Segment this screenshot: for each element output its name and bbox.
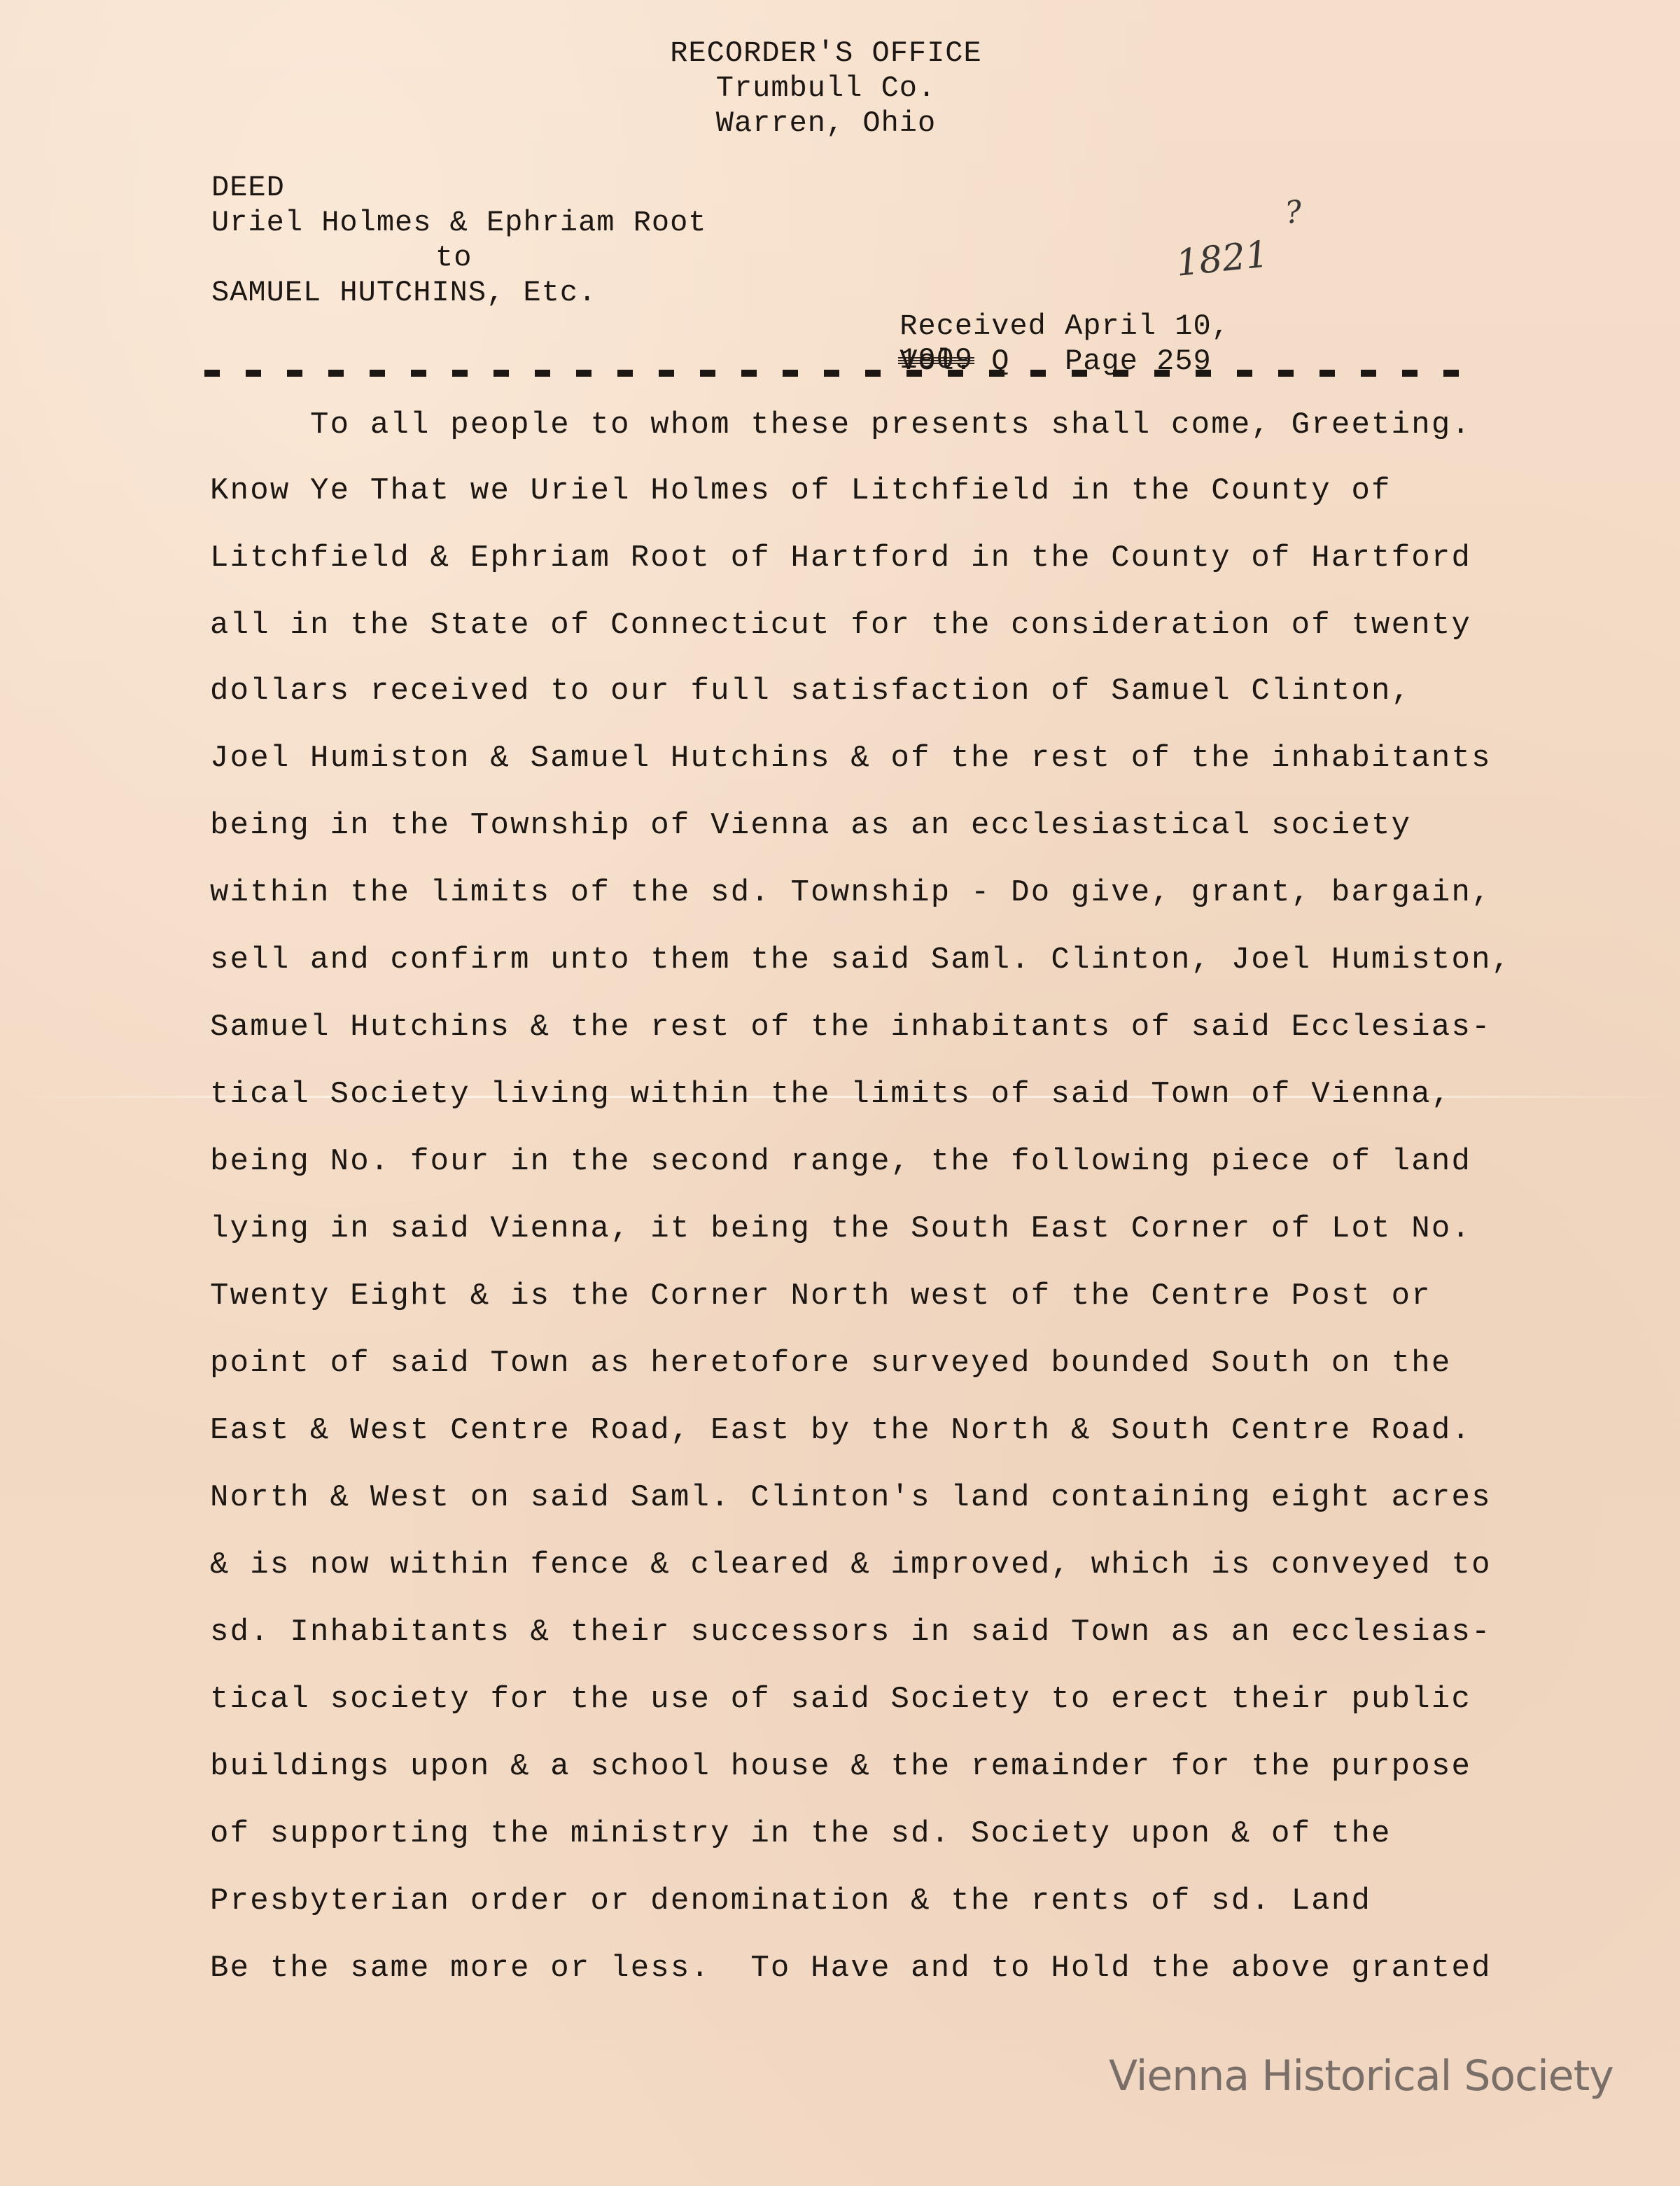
record-location: Vol. Q Page 259 [790, 311, 1212, 412]
deed-type: DEED [211, 171, 285, 204]
body-line: Know Ye That we Uriel Holmes of Litchfie… [210, 473, 1392, 508]
watermark-vienna-historical-society: Vienna Historical Society [1109, 2052, 1613, 2101]
body-line: Litchfield & Ephriam Root of Hartford in… [210, 541, 1471, 576]
body-line: of supporting the ministry in the sd. So… [210, 1816, 1392, 1851]
handwritten-question-mark: ? [1283, 194, 1303, 231]
to-label: to [435, 241, 472, 274]
city-name: Warren, Ohio [546, 106, 1106, 140]
body-line: being in the Township of Vienna as an ec… [210, 808, 1411, 843]
body-line: being No. four in the second range, the … [210, 1144, 1471, 1179]
office-title: RECORDER'S OFFICE [546, 36, 1106, 70]
body-line: all in the State of Connecticut for the … [210, 608, 1471, 643]
body-line: within the limits of the sd. Township - … [210, 875, 1492, 910]
body-line: Be the same more or less. To Have and to… [210, 1951, 1492, 1986]
county-name: Trumbull Co. [546, 71, 1106, 105]
body-line: sd. Inhabitants & their successors in sa… [210, 1615, 1492, 1650]
body-line: Presbyterian order or denomination & the… [210, 1884, 1371, 1919]
body-line: Joel Humiston & Samuel Hutchins & of the… [210, 741, 1492, 776]
body-line: sell and confirm unto them the said Saml… [210, 942, 1511, 977]
body-line: point of said Town as heretofore surveye… [210, 1346, 1451, 1381]
separator-dashed-line [204, 370, 1478, 377]
grantee: SAMUEL HUTCHINS, Etc. [211, 276, 596, 309]
body-line: East & West Centre Road, East by the Nor… [210, 1413, 1471, 1448]
handwritten-year: 1821 [1174, 233, 1270, 285]
body-line: dollars received to our full satisfactio… [210, 674, 1411, 709]
body-line: & is now within fence & cleared & improv… [210, 1547, 1492, 1582]
body-line: Twenty Eight & is the Corner North west … [210, 1279, 1431, 1314]
body-line: tical society for the use of said Societ… [210, 1682, 1471, 1717]
body-line: buildings upon & a school house & the re… [210, 1749, 1471, 1784]
body-line: tical Society living within the limits o… [210, 1077, 1451, 1112]
body-line: To all people to whom these presents sha… [210, 408, 1471, 443]
body-line: Samuel Hutchins & the rest of the inhabi… [210, 1010, 1492, 1045]
body-line: North & West on said Saml. Clinton's lan… [210, 1480, 1492, 1515]
grantors: Uriel Holmes & Ephriam Root [211, 206, 707, 239]
body-line: lying in said Vienna, it being the South… [210, 1211, 1471, 1246]
